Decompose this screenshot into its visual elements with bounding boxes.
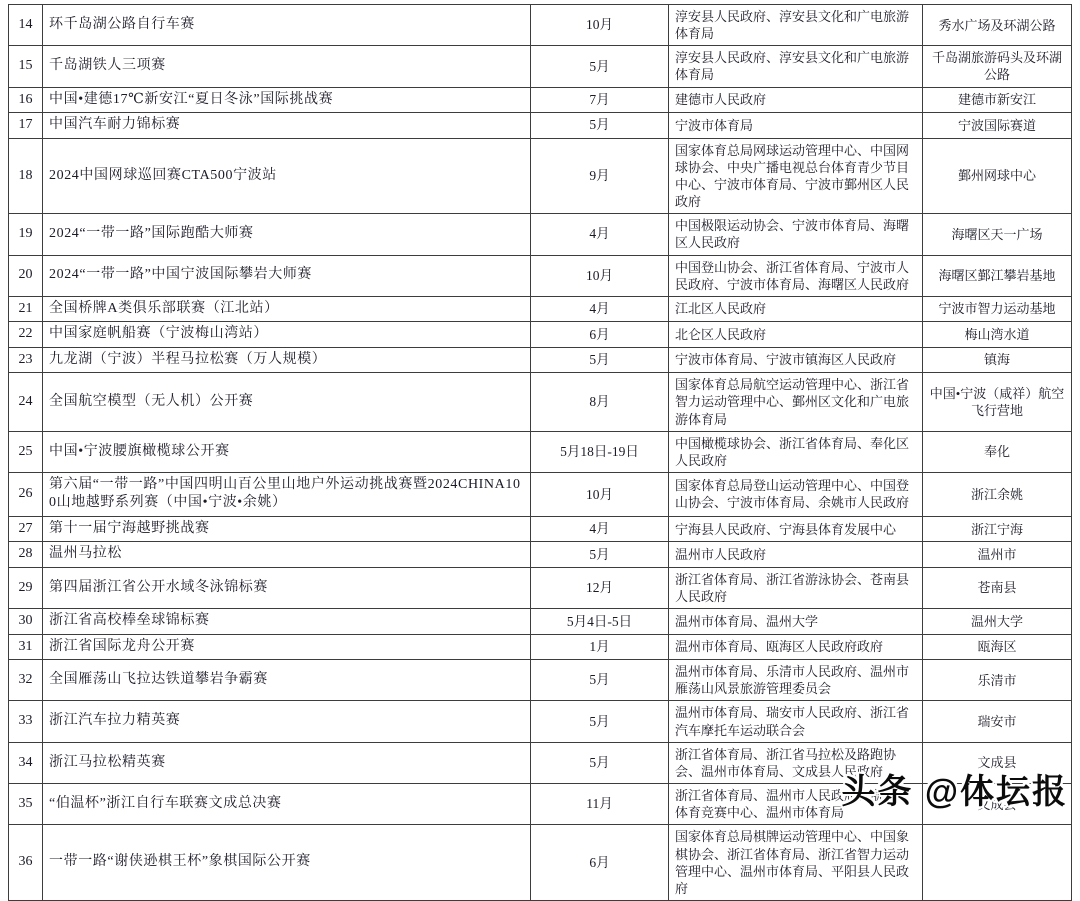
cell-month: 4月 [531, 214, 669, 255]
table-row: 18 2024中国网球巡回赛CTA500宁波站 9月 国家体育总局网球运动管理中… [9, 138, 1072, 214]
table-row: 21 全国桥牌A类俱乐部联赛（江北站） 4月 江北区人民政府 宁波市智力运动基地 [9, 296, 1072, 321]
cell-organizers: 温州市体育局、乐清市人民政府、温州市雁荡山风景旅游管理委员会 [669, 660, 923, 701]
cell-row-number: 19 [9, 214, 43, 255]
cell-row-number: 31 [9, 634, 43, 659]
cell-month: 4月 [531, 516, 669, 541]
cell-row-number: 34 [9, 742, 43, 783]
cell-row-number: 30 [9, 609, 43, 634]
cell-event-name: “伯温杯”浙江自行车联赛文成总决赛 [43, 784, 531, 821]
cell-month: 10月 [531, 255, 669, 296]
cell-row-number: 35 [9, 784, 43, 821]
cell-organizers: 温州市体育局、瓯海区人民政府政府 [669, 634, 923, 659]
cell-event-name: 浙江马拉松精英赛 [43, 742, 531, 783]
cell-event-name: 中国•建德17℃新安江“夏日冬泳”国际挑战赛 [43, 87, 531, 112]
cell-organizers: 温州市体育局、瑞安市人民政府、浙江省汽车摩托车运动联合会 [669, 701, 923, 742]
events-table-sheet: 14 环千岛湖公路自行车赛 10月 淳安县人民政府、淳安县文化和广电旅游体育局 … [8, 4, 1072, 821]
cell-venue: 建德市新安江 [923, 87, 1072, 112]
cell-row-number: 23 [9, 347, 43, 372]
cell-venue: 温州大学 [923, 609, 1072, 634]
cell-organizers: 浙江省体育局、浙江省游泳协会、苍南县人民政府 [669, 567, 923, 608]
table-row: 16 中国•建德17℃新安江“夏日冬泳”国际挑战赛 7月 建德市人民政府 建德市… [9, 87, 1072, 112]
cell-row-number: 25 [9, 431, 43, 472]
cell-event-name: 中国家庭帆船赛（宁波梅山湾站） [43, 322, 531, 347]
cell-venue: 海曙区鄞江攀岩基地 [923, 255, 1072, 296]
table-row: 28 温州马拉松 5月 温州市人民政府 温州市 [9, 542, 1072, 567]
cell-event-name: 千岛湖铁人三项赛 [43, 46, 531, 87]
cell-row-number: 21 [9, 296, 43, 321]
cell-month: 5月 [531, 347, 669, 372]
cell-event-name: 温州马拉松 [43, 542, 531, 567]
cell-venue: 苍南县 [923, 567, 1072, 608]
cell-month: 5月 [531, 542, 669, 567]
cell-row-number: 33 [9, 701, 43, 742]
cell-event-name: 浙江省高校棒垒球锦标赛 [43, 609, 531, 634]
cell-month: 5月 [531, 660, 669, 701]
cell-event-name: 第六届“一带一路”中国四明山百公里山地户外运动挑战赛暨2024CHINA100山… [43, 473, 531, 517]
table-row: 22 中国家庭帆船赛（宁波梅山湾站） 6月 北仑区人民政府 梅山湾水道 [9, 322, 1072, 347]
cell-month: 8月 [531, 373, 669, 431]
cell-organizers: 宁波市体育局 [669, 113, 923, 138]
cell-organizers: 宁海县人民政府、宁海县体育发展中心 [669, 516, 923, 541]
cell-organizers: 国家体育总局登山运动管理中心、中国登山协会、宁波市体育局、余姚市人民政府 [669, 473, 923, 517]
table-row: 14 环千岛湖公路自行车赛 10月 淳安县人民政府、淳安县文化和广电旅游体育局 … [9, 5, 1072, 46]
cell-organizers: 淳安县人民政府、淳安县文化和广电旅游体育局 [669, 5, 923, 46]
cell-venue: 中国•宁波（咸祥）航空飞行营地 [923, 373, 1072, 431]
table-row: 30 浙江省高校棒垒球锦标赛 5月4日-5日 温州市体育局、温州大学 温州大学 [9, 609, 1072, 634]
cell-event-name: 2024“一带一路”国际跑酷大师赛 [43, 214, 531, 255]
cell-venue: 海曙区天一广场 [923, 214, 1072, 255]
cell-row-number: 29 [9, 567, 43, 608]
cell-venue: 梅山湾水道 [923, 322, 1072, 347]
cell-event-name: 中国•宁波腰旗橄榄球公开赛 [43, 431, 531, 472]
cell-month: 5月 [531, 113, 669, 138]
cell-organizers: 中国登山协会、浙江省体育局、宁波市人民政府、宁波市体育局、海曙区人民政府 [669, 255, 923, 296]
cell-event-name: 浙江汽车拉力精英赛 [43, 701, 531, 742]
cell-event-name: 2024“一带一路”中国宁波国际攀岩大师赛 [43, 255, 531, 296]
cell-organizers: 国家体育总局网球运动管理中心、中国网球协会、中央广播电视总台体育青少节目中心、宁… [669, 138, 923, 214]
cell-venue: 千岛湖旅游码头及环湖公路 [923, 46, 1072, 87]
cell-event-name: 第四届浙江省公开水域冬泳锦标赛 [43, 567, 531, 608]
cell-venue: 瑞安市 [923, 701, 1072, 742]
cell-venue: 鄞州网球中心 [923, 138, 1072, 214]
cell-event-name: 全国航空模型（无人机）公开赛 [43, 373, 531, 431]
cell-event-name: 第十一届宁海越野挑战赛 [43, 516, 531, 541]
cell-month: 5月 [531, 701, 669, 742]
cell-month: 9月 [531, 138, 669, 214]
cell-venue: 乐清市 [923, 660, 1072, 701]
cell-event-name: 浙江省国际龙舟公开赛 [43, 634, 531, 659]
table-row: 17 中国汽车耐力锦标赛 5月 宁波市体育局 宁波国际赛道 [9, 113, 1072, 138]
cell-month: 12月 [531, 567, 669, 608]
cell-venue: 瓯海区 [923, 634, 1072, 659]
table-row: 25 中国•宁波腰旗橄榄球公开赛 5月18日-19日 中国橄榄球协会、浙江省体育… [9, 431, 1072, 472]
cell-organizers: 国家体育总局航空运动管理中心、浙江省智力运动管理中心、鄞州区文化和广电旅游体育局 [669, 373, 923, 431]
cell-event-name: 中国汽车耐力锦标赛 [43, 113, 531, 138]
table-row: 29 第四届浙江省公开水域冬泳锦标赛 12月 浙江省体育局、浙江省游泳协会、苍南… [9, 567, 1072, 608]
table-row: 26 第六届“一带一路”中国四明山百公里山地户外运动挑战赛暨2024CHINA1… [9, 473, 1072, 517]
cell-organizers: 温州市人民政府 [669, 542, 923, 567]
cell-row-number: 24 [9, 373, 43, 431]
table-row: 33 浙江汽车拉力精英赛 5月 温州市体育局、瑞安市人民政府、浙江省汽车摩托车运… [9, 701, 1072, 742]
watermark-text: 头条 @体坛报 [841, 773, 1068, 811]
cell-row-number: 28 [9, 542, 43, 567]
cell-month: 10月 [531, 5, 669, 46]
cell-venue: 宁波国际赛道 [923, 113, 1072, 138]
cell-organizers: 淳安县人民政府、淳安县文化和广电旅游体育局 [669, 46, 923, 87]
cell-row-number: 18 [9, 138, 43, 214]
cell-venue: 温州市 [923, 542, 1072, 567]
cell-row-number: 26 [9, 473, 43, 517]
watermark: 头条 @体坛报 [841, 764, 1068, 813]
cell-organizers: 江北区人民政府 [669, 296, 923, 321]
cell-month: 10月 [531, 473, 669, 517]
cell-organizers: 中国极限运动协会、宁波市体育局、海曙区人民政府 [669, 214, 923, 255]
cell-organizers: 中国橄榄球协会、浙江省体育局、奉化区人民政府 [669, 431, 923, 472]
table-row: 23 九龙湖（宁波）半程马拉松赛（万人规模） 5月 宁波市体育局、宁波市镇海区人… [9, 347, 1072, 372]
cell-month: 7月 [531, 87, 669, 112]
table-row: 27 第十一届宁海越野挑战赛 4月 宁海县人民政府、宁海县体育发展中心 浙江宁海 [9, 516, 1072, 541]
cell-row-number: 22 [9, 322, 43, 347]
cell-row-number: 16 [9, 87, 43, 112]
cell-venue: 秀水广场及环湖公路 [923, 5, 1072, 46]
cell-row-number: 14 [9, 5, 43, 46]
cell-event-name: 2024中国网球巡回赛CTA500宁波站 [43, 138, 531, 214]
table-row: 20 2024“一带一路”中国宁波国际攀岩大师赛 10月 中国登山协会、浙江省体… [9, 255, 1072, 296]
cell-venue: 浙江宁海 [923, 516, 1072, 541]
cell-month: 1月 [531, 634, 669, 659]
cell-month: 5月18日-19日 [531, 431, 669, 472]
cell-row-number: 32 [9, 660, 43, 701]
cell-month: 5月 [531, 742, 669, 783]
cell-month: 11月 [531, 784, 669, 821]
cell-row-number: 20 [9, 255, 43, 296]
table-row: 19 2024“一带一路”国际跑酷大师赛 4月 中国极限运动协会、宁波市体育局、… [9, 214, 1072, 255]
cell-month: 4月 [531, 296, 669, 321]
table-row: 15 千岛湖铁人三项赛 5月 淳安县人民政府、淳安县文化和广电旅游体育局 千岛湖… [9, 46, 1072, 87]
cell-month: 5月4日-5日 [531, 609, 669, 634]
cell-venue: 浙江余姚 [923, 473, 1072, 517]
cell-organizers: 温州市体育局、温州大学 [669, 609, 923, 634]
cell-event-name: 环千岛湖公路自行车赛 [43, 5, 531, 46]
cell-event-name: 九龙湖（宁波）半程马拉松赛（万人规模） [43, 347, 531, 372]
events-table: 14 环千岛湖公路自行车赛 10月 淳安县人民政府、淳安县文化和广电旅游体育局 … [8, 4, 1072, 821]
cell-organizers: 建德市人民政府 [669, 87, 923, 112]
table-row: 24 全国航空模型（无人机）公开赛 8月 国家体育总局航空运动管理中心、浙江省智… [9, 373, 1072, 431]
events-table-body: 14 环千岛湖公路自行车赛 10月 淳安县人民政府、淳安县文化和广电旅游体育局 … [9, 5, 1072, 822]
cell-organizers: 北仑区人民政府 [669, 322, 923, 347]
table-row: 31 浙江省国际龙舟公开赛 1月 温州市体育局、瓯海区人民政府政府 瓯海区 [9, 634, 1072, 659]
cell-venue: 奉化 [923, 431, 1072, 472]
cell-row-number: 17 [9, 113, 43, 138]
page: { "watermark": { "text": "头条 @体坛报" }, "t… [0, 0, 1080, 821]
cell-event-name: 全国桥牌A类俱乐部联赛（江北站） [43, 296, 531, 321]
cell-event-name: 全国雁荡山飞拉达铁道攀岩争霸赛 [43, 660, 531, 701]
cell-row-number: 27 [9, 516, 43, 541]
cell-month: 6月 [531, 322, 669, 347]
table-row: 32 全国雁荡山飞拉达铁道攀岩争霸赛 5月 温州市体育局、乐清市人民政府、温州市… [9, 660, 1072, 701]
cell-month: 5月 [531, 46, 669, 87]
cell-venue: 宁波市智力运动基地 [923, 296, 1072, 321]
cell-organizers: 宁波市体育局、宁波市镇海区人民政府 [669, 347, 923, 372]
cell-row-number: 15 [9, 46, 43, 87]
cell-venue: 镇海 [923, 347, 1072, 372]
